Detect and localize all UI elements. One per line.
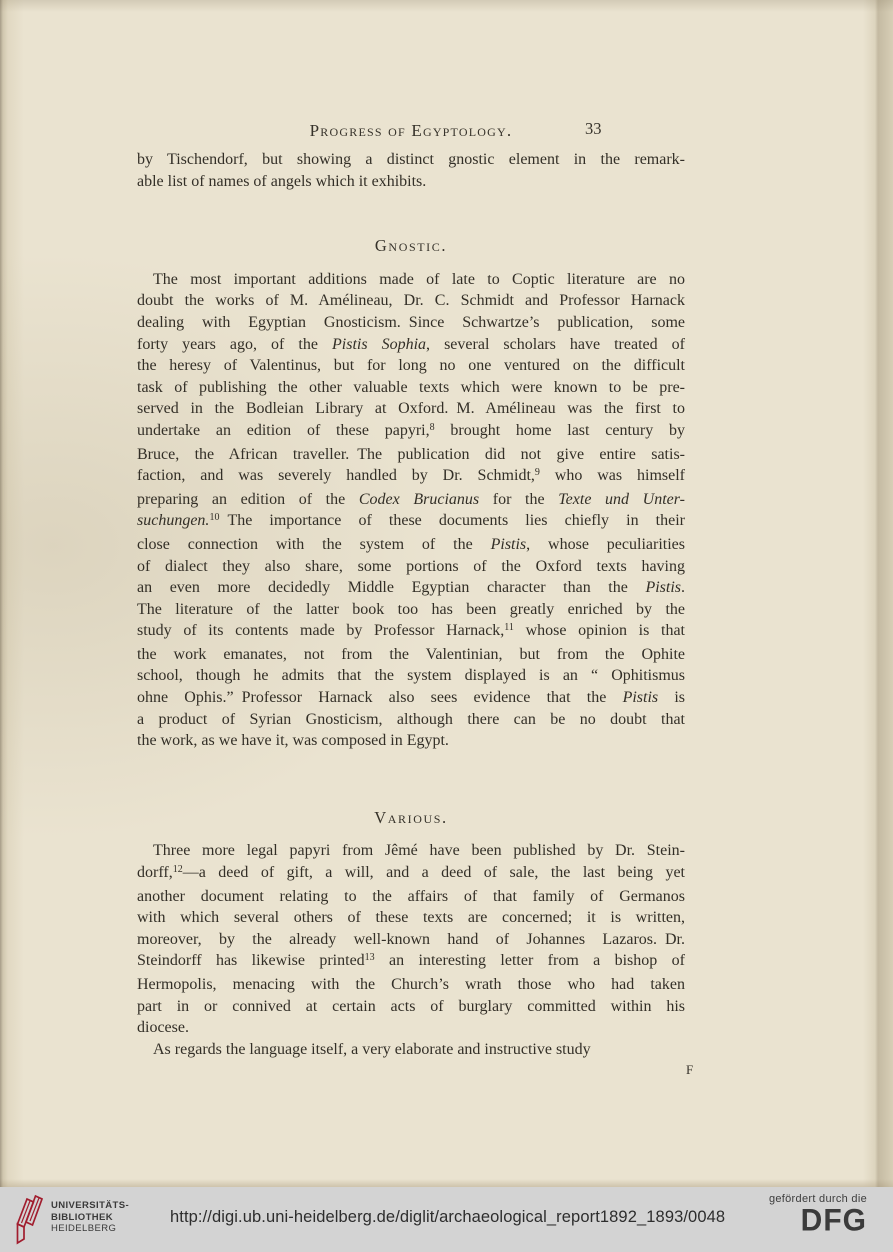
text-run: Three more legal papyri from Jêmé have b… (153, 842, 685, 859)
text-line: doubt the works of M. Amélineau, Dr. C. … (137, 290, 685, 312)
text-line: Three more legal papyri from Jêmé have b… (137, 840, 685, 862)
text-line: able list of names of angels which it ex… (137, 171, 685, 193)
text-line: by Tischendorf, but showing a distinct g… (137, 149, 685, 171)
text-run: The literature of the latter book too ha… (137, 601, 685, 618)
section-gnostic: Gnostic. The most important additions ma… (137, 235, 685, 752)
dfg-logo: DFG (769, 1205, 867, 1237)
section-heading-various: Various. (137, 807, 685, 829)
text-line: dorff,12—a deed of gift, a will, and a d… (137, 862, 685, 886)
text-run: served in the Bodleian Library at Oxford… (137, 400, 685, 417)
text-line: served in the Bodleian Library at Oxford… (137, 398, 685, 420)
signature-mark: F (686, 1062, 693, 1078)
text-run: The most important additions made of lat… (153, 271, 685, 288)
text-run: . (681, 579, 685, 596)
text-line: with which several others of these texts… (137, 907, 685, 929)
footnote-reference: 12 (173, 864, 183, 875)
text-line: Bruce, the African traveller. The public… (137, 444, 685, 466)
text-run: ohne Ophis.” Professor Harnack also sees… (137, 689, 623, 706)
footnote-reference: 8 (430, 422, 435, 433)
text-run: able list of names of angels which it ex… (137, 173, 426, 190)
text-run: dealing with Egyptian Gnosticism. Since … (137, 314, 685, 331)
text-line: of dialect they also share, some portion… (137, 556, 685, 578)
text-run: —a deed of gift, a will, and a deed of s… (183, 864, 685, 881)
text-run: moreover, by the already well-known hand… (137, 931, 685, 948)
text-run: an interesting letter from a bishop of (375, 952, 685, 969)
text-run: of dialect they also share, some portion… (137, 558, 685, 575)
page-text-column: by Tischendorf, but showing a distinct g… (137, 149, 685, 1060)
text-run: with which several others of these texts… (137, 909, 685, 926)
text-line: a product of Syrian Gnosticism, although… (137, 709, 685, 731)
text-line: suchungen.10 The importance of these doc… (137, 510, 685, 534)
text-run: the work emanates, not from the Valentin… (137, 646, 685, 663)
paragraph: by Tischendorf, but showing a distinct g… (137, 149, 685, 192)
text-run: who was himself (540, 467, 685, 484)
text-line: the work, as we have it, was composed in… (137, 730, 685, 752)
scanned-book-page: Progress of Egyptology. 33 by Tischendor… (0, 0, 893, 1187)
text-run: Steindorff has likewise printed (137, 952, 365, 969)
text-line: the heresy of Valentinus, but for long n… (137, 355, 685, 377)
text-line: forty years ago, of the Pistis Sophia, s… (137, 334, 685, 356)
text-line: an even more decidedly Middle Egyptian c… (137, 577, 685, 599)
library-name-line1: UNIVERSITÄTS- (51, 1200, 129, 1212)
text-line: diocese. (137, 1017, 685, 1039)
text-run: As regards the language itself, a very e… (153, 1041, 591, 1058)
text-line: Steindorff has likewise printed13 an int… (137, 950, 685, 974)
text-line: As regards the language itself, a very e… (137, 1039, 685, 1061)
paragraph: The most important additions made of lat… (137, 269, 685, 752)
library-footer-bar: UNIVERSITÄTS- BIBLIOTHEK HEIDELBERG http… (0, 1187, 893, 1252)
heidelberg-library-books-icon (12, 1193, 48, 1247)
text-run: is (658, 689, 685, 706)
text-run: brought home last century by (435, 422, 685, 439)
scan-source-url: http://digi.ub.uni-heidelberg.de/diglit/… (170, 1208, 725, 1227)
text-run: diocese. (137, 1019, 189, 1036)
text-run: Codex Brucianus (359, 491, 479, 508)
text-run: school, though he admits that the system… (137, 667, 685, 684)
text-run: another document relating to the affairs… (137, 888, 685, 905)
text-line: The most important additions made of lat… (137, 269, 685, 291)
text-run: suchungen. (137, 512, 209, 529)
text-line: another document relating to the affairs… (137, 886, 685, 908)
footnote-reference: 9 (535, 467, 540, 478)
text-run: faction, and was severely handled by Dr.… (137, 467, 535, 484)
text-run: whose opinion is that (514, 622, 685, 639)
text-run: doubt the works of M. Amélineau, Dr. C. … (137, 292, 685, 309)
text-run: Texte und Unter- (558, 491, 685, 508)
text-run: undertake an edition of these papyri, (137, 422, 430, 439)
text-line: study of its contents made by Professor … (137, 620, 685, 644)
text-run: , several scholars have treated of (426, 336, 685, 353)
footnote-reference: 11 (504, 622, 514, 633)
running-head: Progress of Egyptology. (137, 121, 685, 141)
text-line: Hermopolis, menacing with the Church’s w… (137, 974, 685, 996)
page-number: 33 (585, 119, 602, 139)
text-run: forty years ago, of the (137, 336, 332, 353)
text-line: part in or connived at certain acts of b… (137, 996, 685, 1018)
section-body-gnostic: The most important additions made of lat… (137, 269, 685, 752)
section-body-various: Three more legal papyri from Jêmé have b… (137, 840, 685, 1060)
text-run: The importance of these documents lies c… (219, 512, 685, 529)
text-line: dealing with Egyptian Gnosticism. Since … (137, 312, 685, 334)
text-line: The literature of the latter book too ha… (137, 599, 685, 621)
scan-viewer-page: Progress of Egyptology. 33 by Tischendor… (0, 0, 893, 1252)
intro-continuation-paragraph: by Tischendorf, but showing a distinct g… (137, 149, 685, 192)
library-name-line2: BIBLIOTHEK (51, 1212, 129, 1224)
text-run: task of publishing the other valuable te… (137, 379, 685, 396)
library-name: UNIVERSITÄTS- BIBLIOTHEK HEIDELBERG (51, 1200, 129, 1235)
text-run: preparing an edition of the (137, 491, 359, 508)
text-run: the work, as we have it, was composed in… (137, 732, 449, 749)
paragraph: As regards the language itself, a very e… (137, 1039, 685, 1061)
text-run: by Tischendorf, but showing a distinct g… (137, 151, 685, 168)
text-line: moreover, by the already well-known hand… (137, 929, 685, 951)
running-title: Progress of Egyptology. (310, 121, 513, 140)
dfg-credit: gefördert durch die DFG (769, 1193, 867, 1236)
text-run: Pistis Sophia (332, 336, 426, 353)
text-line: ohne Ophis.” Professor Harnack also sees… (137, 687, 685, 709)
text-run: Bruce, the African traveller. The public… (137, 446, 685, 463)
section-heading-gnostic: Gnostic. (137, 235, 685, 257)
footnote-reference: 10 (209, 512, 219, 523)
text-line: school, though he admits that the system… (137, 665, 685, 687)
text-run: Pistis (623, 689, 659, 706)
library-name-line3: HEIDELBERG (51, 1223, 129, 1235)
text-run: Hermopolis, menacing with the Church’s w… (137, 976, 685, 993)
text-run: for the (479, 491, 558, 508)
text-line: the work emanates, not from the Valentin… (137, 644, 685, 666)
text-line: close connection with the system of the … (137, 534, 685, 556)
paragraph: Three more legal papyri from Jêmé have b… (137, 840, 685, 1038)
text-line: faction, and was severely handled by Dr.… (137, 465, 685, 489)
text-run: dorff, (137, 864, 173, 881)
text-run: the heresy of Valentinus, but for long n… (137, 357, 685, 374)
text-line: preparing an edition of the Codex Brucia… (137, 489, 685, 511)
text-run: close connection with the system of the (137, 536, 491, 553)
text-run: Pistis (645, 579, 681, 596)
footnote-reference: 13 (365, 952, 375, 963)
text-line: undertake an edition of these papyri,8 b… (137, 420, 685, 444)
text-run: , whose peculiarities (526, 536, 685, 553)
text-run: study of its contents made by Professor … (137, 622, 504, 639)
text-line: task of publishing the other valuable te… (137, 377, 685, 399)
section-various: Various. Three more legal papyri from Jê… (137, 807, 685, 1061)
text-run: an even more decidedly Middle Egyptian c… (137, 579, 645, 596)
text-run: part in or connived at certain acts of b… (137, 998, 685, 1015)
text-run: a product of Syrian Gnosticism, although… (137, 711, 685, 728)
text-run: Pistis (491, 536, 527, 553)
